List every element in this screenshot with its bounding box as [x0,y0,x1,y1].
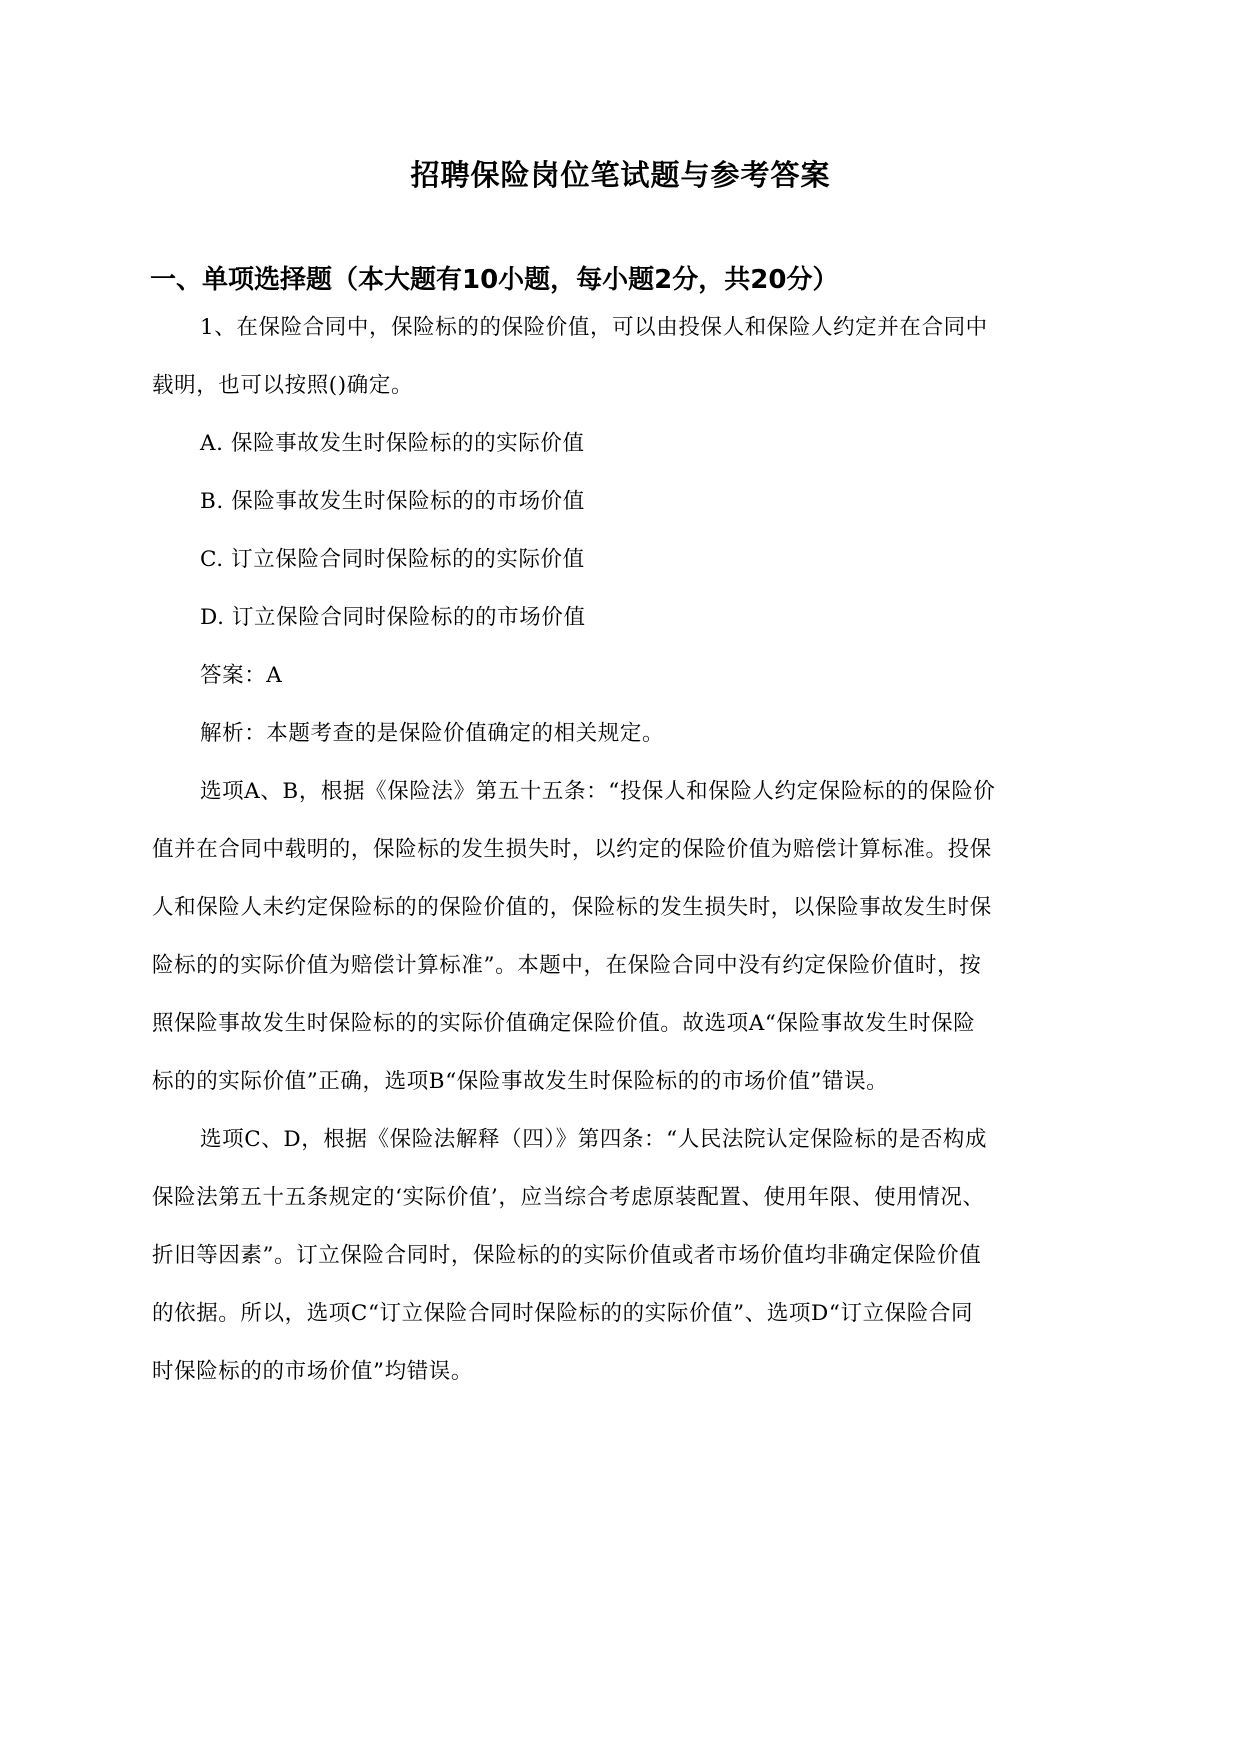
option-b: B. 保险事故发生时保险标的的市场价值 [200,487,585,517]
option-d: D. 订立保险合同时保险标的的市场价值 [200,603,586,633]
option-c-text: 订立保险合同时保险标的的实际价值 [231,547,585,572]
option-d-label: D. [200,605,225,630]
answer-line: 答案：A [200,661,282,691]
option-b-text: 保险事故发生时保险标的的市场价值 [231,489,585,514]
question-1-stem-line-1: 1、在保险合同中，保险标的的保险价值，可以由投保人和保险人约定并在合同中 [200,313,988,343]
analysis-p1-line-6: 标的的实际价值”正确，选项B“保险事故发生时保险标的的市场价值”错误。 [152,1067,888,1097]
analysis-p2-line-5: 时保险标的的市场价值”均错误。 [152,1357,473,1387]
option-d-text: 订立保险合同时保险标的的市场价值 [232,605,586,630]
document-title: 招聘保险岗位笔试题与参考答案 [0,155,1241,195]
option-a-label: A. [200,431,224,456]
analysis-p1-line-5: 照保险事故发生时保险标的的实际价值确定保险价值。故选项A“保险事故发生时保险 [152,1009,975,1039]
analysis-p2-line-2: 保险法第五十五条规定的‘实际价值’，应当综合考虑原装配置、使用年限、使用情况、 [152,1183,985,1213]
document-page: 招聘保险岗位笔试题与参考答案 一、单项选择题（本大题有10小题，每小题2分，共2… [0,0,1241,1754]
option-c: C. 订立保险合同时保险标的的实际价值 [200,545,585,575]
option-a-text: 保险事故发生时保险标的的实际价值 [231,431,585,456]
analysis-p1-line-3: 人和保险人未约定保险标的的保险价值的，保险标的发生损失时，以保险事故发生时保 [152,893,992,923]
option-a: A. 保险事故发生时保险标的的实际价值 [200,429,585,459]
question-1-stem-line-2: 载明，也可以按照()确定。 [152,371,413,401]
analysis-p1-line-1: 选项A、B，根据《保险法》第五十五条：“投保人和保险人约定保险标的的保险价 [200,777,996,807]
analysis-p1-line-2: 值并在合同中载明的，保险标的发生损失时，以约定的保险价值为赔偿计算标准。投保 [152,835,992,865]
section-heading-single-choice: 一、单项选择题（本大题有10小题，每小题2分，共20分） [150,262,838,298]
option-b-label: B. [200,489,224,514]
analysis-intro: 解析：本题考查的是保险价值确定的相关规定。 [200,719,664,749]
analysis-p1-line-4: 险标的的实际价值为赔偿计算标准”。本题中，在保险合同中没有约定保险价值时，按 [152,951,981,981]
analysis-p2-line-4: 的依据。所以，选项C“订立保险合同时保险标的的实际价值”、选项D“订立保险合同 [152,1299,973,1329]
analysis-p2-line-1: 选项C、D，根据《保险法解释（四）》第四条：“人民法院认定保险标的是否构成 [200,1125,987,1155]
analysis-p2-line-3: 折旧等因素”。订立保险合同时，保险标的的实际价值或者市场价值均非确定保险价值 [152,1241,981,1271]
option-c-label: C. [200,547,224,572]
